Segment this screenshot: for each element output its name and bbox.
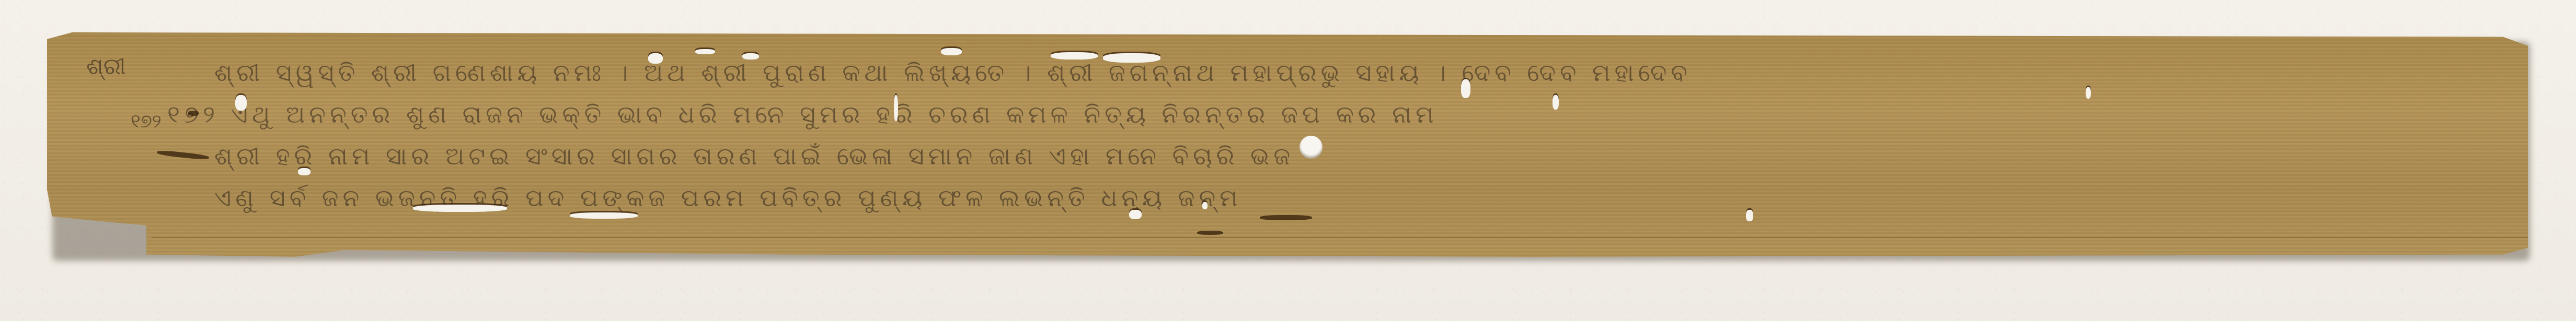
worm-hole [235, 95, 247, 111]
damage-stain [188, 111, 199, 116]
damage-stain [157, 150, 209, 160]
margin-mark: ଶ୍ରୀ [86, 53, 126, 80]
worm-hole [570, 212, 638, 219]
script-line-2: ୧୭୨ ଏଥୁ ଅନନ୍ତର ଶୁଣ ରାଜନ ଭକ୍ତି ଭାବ ଧରି ମନ… [167, 100, 2434, 129]
worm-hole [2086, 87, 2091, 99]
worm-hole [1129, 210, 1142, 219]
damage-stain [1260, 215, 1312, 220]
palm-leaf-folio: ଶ୍ରୀ ୧୭୨ ଶ୍ରୀ ସ୍ୱସ୍ତି ଶ୍ରୀ ଗଣେଶାୟ ନମଃ । … [47, 32, 2528, 257]
script-line-1: ଶ୍ରୀ ସ୍ୱସ୍ତି ଶ୍ରୀ ଗଣେଶାୟ ନମଃ । ଅଥ ଶ୍ରୀ ପ… [214, 58, 2434, 88]
script-line-4: ଏଣୁ ସର୍ବ ଜନ ଭଜନ୍ତି ହରି ପଦ ପଙ୍କଜ ପରମ ପବିତ… [214, 184, 2267, 213]
worm-hole [894, 95, 898, 121]
worm-hole [1552, 95, 1559, 110]
worm-hole [695, 49, 715, 54]
worm-hole [298, 168, 310, 175]
worm-hole [1746, 210, 1753, 221]
worm-hole [1103, 53, 1160, 63]
ruling-line [152, 237, 2528, 238]
worm-hole [413, 205, 507, 212]
worm-hole [1202, 202, 1207, 209]
folio-number: ୧୭୨ [131, 111, 162, 133]
worm-hole [1051, 52, 1098, 60]
string-hole [1299, 136, 1322, 159]
worm-hole [648, 53, 663, 64]
damage-stain [1197, 231, 1223, 235]
worm-hole [1461, 79, 1470, 98]
worm-hole [941, 48, 962, 55]
worm-hole [742, 53, 759, 60]
script-line-3: ଶ୍ରୀ ହରି ନାମ ସାର ଅଟଇ ସଂସାର ସାଗର ତାରଣ ପାଇ… [214, 142, 2434, 171]
